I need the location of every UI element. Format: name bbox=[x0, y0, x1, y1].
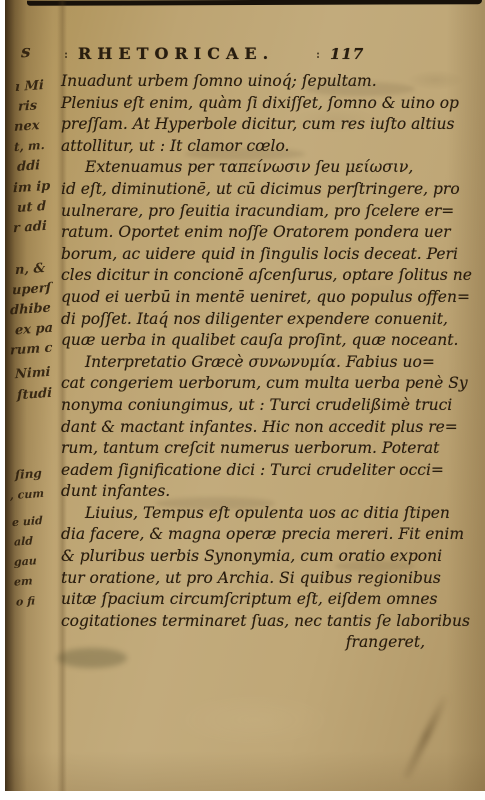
text-line: Liuius, Tempus eſt opulenta uos ac ditia… bbox=[61, 503, 453, 525]
text-line: id eſt, diminutionē, ut cū dicimus perſt… bbox=[61, 179, 453, 201]
text-line: preſſam. At Hyperbole dicitur, cum res i… bbox=[61, 114, 453, 136]
margin-fragment: rum c bbox=[10, 340, 52, 358]
text-line: Extenuamus per ταπείνωσιν ſeu μείωσιν, bbox=[61, 157, 453, 179]
text-line: dunt infantes. bbox=[61, 481, 453, 503]
margin-fragment: o fi bbox=[16, 594, 35, 608]
running-head-title: RHETORICAE. bbox=[78, 44, 274, 63]
text-line: quæ uerba in qualibet cauſa proſint, quæ… bbox=[61, 330, 453, 352]
book-scan: sı Mirisnext, m.ddiim iput dr adin, &upe… bbox=[5, 0, 485, 791]
text-line: cles dicitur in concionē aſcenſurus, opt… bbox=[61, 265, 453, 287]
facing-page-edge: sı Mirisnext, m.ddiim iput dr adin, &upe… bbox=[5, 0, 67, 791]
text-line: Plenius eſt enim, quàm ſi dixiſſet, ſomn… bbox=[61, 93, 453, 115]
text-line: uulnerare, pro ſeuitia iracundiam, pro ſ… bbox=[61, 201, 453, 223]
margin-fragment: ris bbox=[18, 98, 37, 114]
margin-fragment: ı Mi bbox=[15, 78, 44, 95]
margin-fragment: ddi bbox=[17, 158, 40, 175]
text-line: borum, ac uidere quid in ſingulis locis … bbox=[61, 244, 453, 266]
margin-fragment: nex bbox=[14, 118, 39, 135]
text-line: di poſſet. Itaq́ nos diligenter expender… bbox=[61, 309, 453, 331]
margin-fragment: ut d bbox=[17, 199, 46, 216]
text-block: Inuadunt urbem ſomno uinoq́; ſepultam.Pl… bbox=[61, 71, 453, 654]
margin-fragment: , cum bbox=[10, 487, 44, 502]
text-line: cat congeriem uerborum, cum multa uerba … bbox=[61, 373, 453, 395]
margin-fragment: im ip bbox=[13, 179, 50, 197]
ink-speck: : bbox=[64, 48, 68, 61]
text-line: quod ei uerbū in mentē ueniret, quo popu… bbox=[61, 287, 453, 309]
text-line: & pluribus uerbis Synonymia, cum oratio … bbox=[61, 546, 453, 568]
text-line: uitæ ſpacium circumſcriptum eſt, eiſdem … bbox=[61, 589, 453, 611]
margin-fragment: uperſ bbox=[12, 281, 51, 299]
text-line: attollitur, ut : It clamor cœlo. bbox=[61, 136, 453, 158]
text-line: nonyma coniungimus, ut : Turci crudelißi… bbox=[61, 395, 453, 417]
scanned-book-screenshot: sı Mirisnext, m.ddiim iput dr adin, &upe… bbox=[0, 0, 485, 800]
text-line: frangeret, bbox=[61, 632, 453, 654]
margin-fragment: ſing bbox=[15, 466, 42, 482]
margin-fragment: gau bbox=[14, 554, 37, 569]
margin-fragment: r adi bbox=[13, 219, 47, 236]
margin-fragment: Nimi bbox=[15, 365, 50, 383]
margin-fragment: ex pa bbox=[15, 321, 53, 339]
margin-fragment: e uid bbox=[12, 514, 43, 529]
text-line: cogitationes terminaret ſuas, nec tantis… bbox=[61, 611, 453, 633]
margin-fragment: t, m. bbox=[14, 138, 45, 154]
margin-fragment: ſtudi bbox=[17, 386, 52, 403]
running-head: : RHETORICAE. : 117 bbox=[58, 44, 450, 68]
text-line: Inuadunt urbem ſomno uinoq́; ſepultam. bbox=[61, 71, 453, 93]
margin-fragment: dhibe bbox=[10, 301, 51, 319]
text-line: Interpretatio Græcè συνωνυμία. Fabius uo… bbox=[61, 352, 453, 374]
page-curl-shadow bbox=[403, 691, 451, 779]
margin-fragment: s bbox=[21, 42, 31, 63]
margin-fragment: ald bbox=[14, 534, 33, 548]
ink-stain bbox=[57, 648, 127, 668]
text-line: eadem ſignificatione dici : Turci crudel… bbox=[61, 460, 453, 482]
text-line: tur oratione, ut pro Archia. Si quibus r… bbox=[61, 568, 453, 590]
ink-speck: : bbox=[316, 48, 320, 61]
margin-fragment: n, & bbox=[15, 261, 45, 278]
text-line: rum, tantum creſcit numerus uerborum. Po… bbox=[61, 438, 453, 460]
text-line: dant & mactant infantes. Hic non accedit… bbox=[61, 417, 453, 439]
text-line: dia facere, & magna operæ precia mereri.… bbox=[61, 524, 453, 546]
page-number: 117 bbox=[330, 45, 364, 63]
scan-top-edge bbox=[27, 0, 482, 6]
text-line: ratum. Oportet enim noſſe Oratorem ponde… bbox=[61, 222, 453, 244]
margin-fragment: em bbox=[14, 574, 33, 588]
